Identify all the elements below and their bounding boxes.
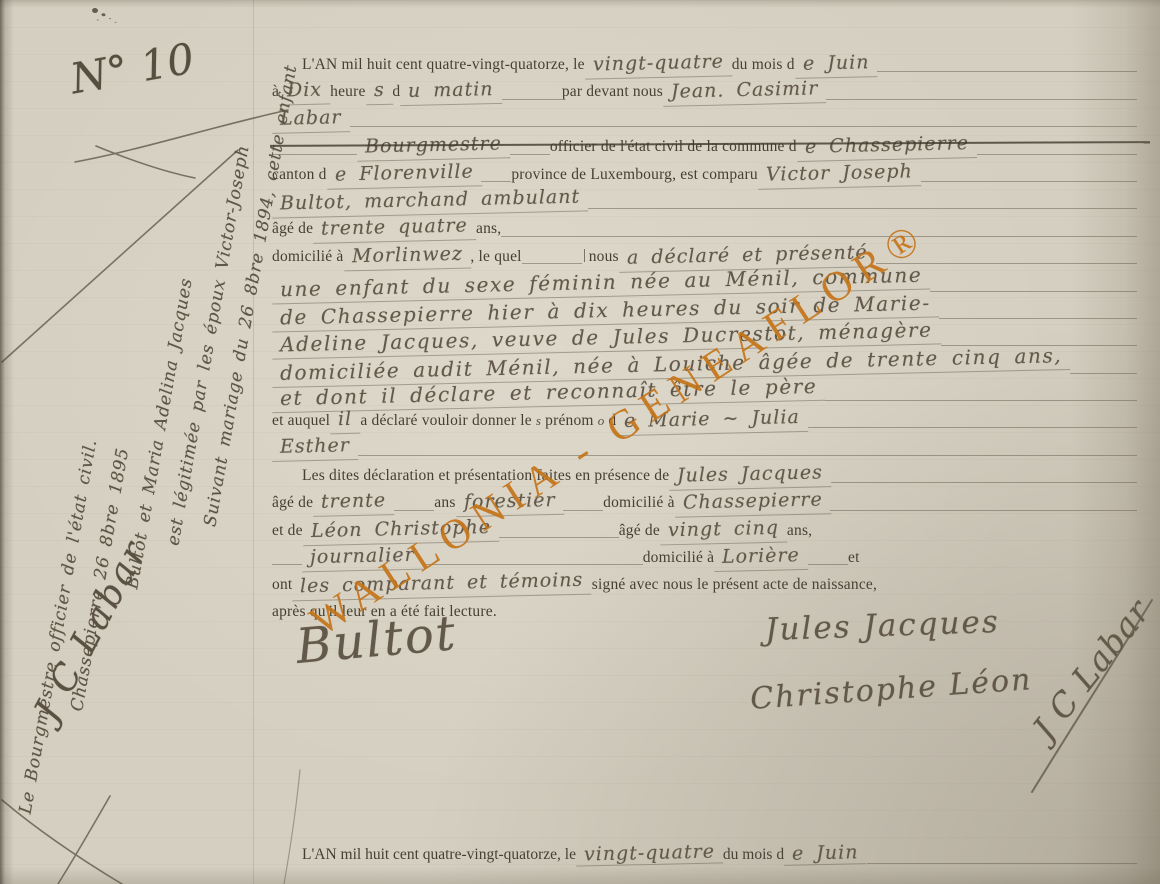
blank-rule <box>358 454 1137 456</box>
blank-rule <box>499 536 619 538</box>
form-line-1: L'AN mil huit cent quatre-vingt-quatorze… <box>272 50 1137 77</box>
form-line-6: Bultot, marchand ambulant <box>272 187 1137 214</box>
form-line-8: domicilié à Morlinwez , le quel nous a d… <box>272 242 1137 269</box>
printed-segment: domicilié à <box>272 243 344 270</box>
blank-rule <box>502 98 562 100</box>
printed-bracket <box>584 249 585 262</box>
blank-rule <box>272 153 357 155</box>
printed-segment: ans, <box>476 215 501 242</box>
printed-segment: , le quel <box>470 243 521 270</box>
blank-rule <box>877 70 1137 72</box>
printed-segment: L'AN mil huit cent quatre-vingt-quatorze… <box>302 51 585 78</box>
printed-segment: du mois d <box>723 846 784 864</box>
blank-rule <box>825 399 1137 401</box>
printed-segment: a déclaré vouloir donner le <box>360 407 532 434</box>
signature-witness2: Christophe Léon <box>749 662 1033 717</box>
handwritten-day: vingt-quatre <box>584 48 732 80</box>
handwritten-day: vingt-quatre <box>576 840 723 866</box>
ink-smudge <box>92 8 99 14</box>
form-line-20: ont les comparant et témoins signé avec … <box>272 570 1137 597</box>
form-line-3: Labar <box>272 105 1137 132</box>
printed-segment: âgé de <box>619 517 660 544</box>
form-line-7: âgé de trente quatre ans, <box>272 214 1137 241</box>
handwritten-plural: s <box>365 77 392 106</box>
handwritten-age: trente quatre <box>313 213 476 245</box>
printed-segment: et <box>848 544 860 571</box>
printed-segment: Les dites déclaration et présentation fa… <box>302 462 669 489</box>
handwritten-witness2-profession: journalier <box>302 542 423 573</box>
printed-segment: âgé de <box>272 489 313 516</box>
blank-rule <box>563 509 603 511</box>
handwritten-period: u matin <box>400 76 502 107</box>
printed-segment: par devant nous <box>562 78 663 105</box>
printed-segment: nous <box>589 243 619 270</box>
handwritten-canton: e Florenville <box>326 158 481 190</box>
next-act-start: L'AN mil huit cent quatre-vingt-quatorze… <box>272 842 1137 869</box>
printed-segment: ans <box>434 489 455 516</box>
printed-segment: L'AN mil huit cent quatre-vingt-quatorze… <box>302 846 576 864</box>
blank-rule <box>826 98 1137 100</box>
blank-rule <box>808 426 1137 428</box>
blank-rule <box>831 481 1137 483</box>
form-line-10: de Chassepierre hier à dix heures du soi… <box>272 297 1137 324</box>
form-line-2: à Dix heure s d u matin par devant nous … <box>272 77 1137 104</box>
printed-segment: ans, <box>787 517 812 544</box>
blank-rule <box>501 235 1137 237</box>
handwritten-hour: Dix <box>279 77 331 107</box>
blank-rule <box>808 563 848 565</box>
blank-rule <box>423 563 643 565</box>
form-line-next-act: L'AN mil huit cent quatre-vingt-quatorze… <box>272 842 1137 869</box>
handwritten-domicile: Morlinwez <box>343 240 471 271</box>
handwritten-witness1-age: trente <box>313 487 395 517</box>
handwritten-declarant-firstnames: Victor Joseph <box>757 158 920 190</box>
printed-segment: âgé de <box>272 215 313 242</box>
blank-rule <box>867 862 1137 864</box>
printed-segment: heure <box>330 78 365 105</box>
blank-rule <box>930 290 1137 292</box>
form-line-19: journalier domicilié à Lorière et <box>272 543 1137 570</box>
blank-rule <box>350 125 1137 127</box>
handwritten-witness1-profession: forestier <box>455 487 563 518</box>
printed-segment: ont <box>272 571 292 598</box>
margin-note: Le Bourgmestre officier de l'état civil.… <box>3 102 297 879</box>
printed-segment: et de <box>272 517 303 544</box>
handwritten-commune: e Chassepierre <box>796 130 977 162</box>
printed-plural-mark: s <box>532 407 545 434</box>
blank-rule <box>272 563 302 565</box>
handwritten-title: Bourgmestre <box>357 130 510 162</box>
handwritten-officer-firstnames: Jean. Casimir <box>663 76 827 108</box>
form-line-4: Bourgmestre officier de l'état civil de … <box>272 132 1137 159</box>
form-line-5: canton d e Florenville province de Luxem… <box>272 160 1137 187</box>
blank-rule <box>510 153 550 155</box>
blank-rule <box>977 153 1137 155</box>
blank-rule <box>522 262 582 264</box>
handwritten-witness2-age: vingt cinq <box>660 514 788 545</box>
form-line-18: et de Léon Christophe âgé de vingt cinq … <box>272 516 1137 543</box>
printed-segment: domicilié à <box>603 489 675 516</box>
form-line-15: Esther <box>272 433 1137 460</box>
printed-segment: signé avec nous le présent acte de naiss… <box>592 571 877 598</box>
handwritten-pronoun: il <box>330 406 361 435</box>
printed-segment: officier de l'état civil de la commune d <box>550 133 797 160</box>
birth-act-form: L'AN mil huit cent quatre-vingt-quatorze… <box>272 50 1137 625</box>
act-number: N° 10 <box>67 34 198 104</box>
handwritten-witness2-domicile: Lorière <box>714 542 808 573</box>
printed-segment: canton d <box>272 161 327 188</box>
handwritten-firstnames: e Marie ~ Julia <box>616 404 808 437</box>
form-line-9: une enfant du sexe féminin née au Ménil,… <box>272 269 1137 296</box>
form-line-16: Les dites déclaration et présentation fa… <box>272 461 1137 488</box>
handwritten-officer-surname: Labar <box>272 104 350 134</box>
form-line-13: et dont il déclare et reconnaît être le … <box>272 379 1137 406</box>
printed-segment: domicilié à <box>643 544 715 571</box>
blank-rule <box>481 180 511 182</box>
form-line-17: âgé de trente ans forestier domicilié à … <box>272 488 1137 515</box>
handwritten-month: e Juin <box>784 841 867 866</box>
blank-rule <box>921 180 1137 182</box>
blank-rule <box>394 509 434 511</box>
printed-segment: prénom <box>545 407 594 434</box>
blank-rule <box>1070 372 1137 374</box>
blank-rule <box>830 509 1137 511</box>
signature-witness1: Jules Jacques <box>764 604 1000 648</box>
handwritten-witness1-domicile: Chassepierre <box>674 486 830 518</box>
printed-segment: du mois d <box>732 51 795 78</box>
blank-rule <box>588 207 1137 209</box>
printed-plural-mark: o <box>594 407 609 434</box>
civil-register-page: N° 10 Le Bourgmestre officier de l'état … <box>0 0 1160 884</box>
blank-rule <box>939 317 1137 319</box>
handwritten-firstname: Esther <box>272 432 358 462</box>
